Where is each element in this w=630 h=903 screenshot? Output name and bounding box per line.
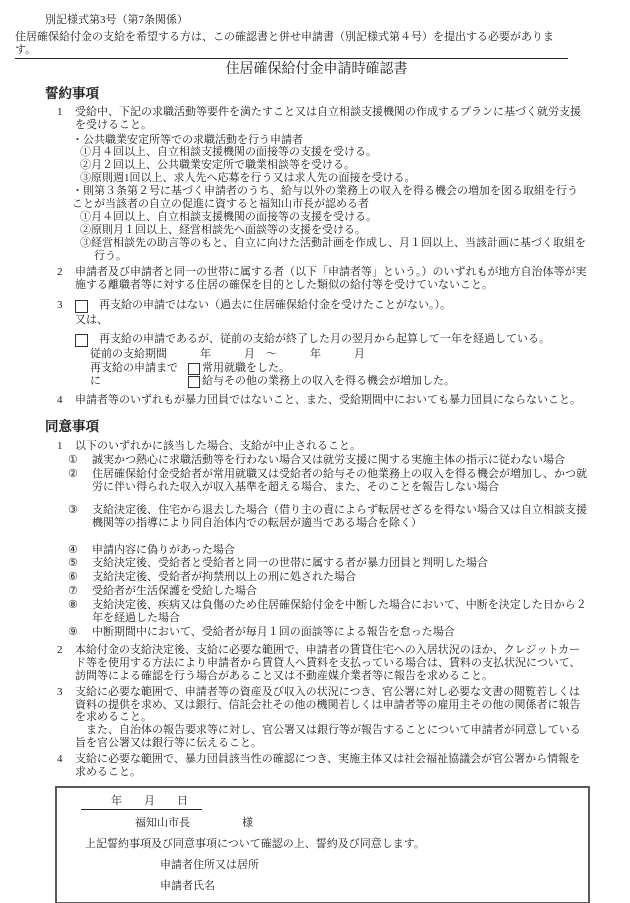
consent-subitem-9: ⑨ 中断期間中において、受給者が毎月１回の面談等による報告を怠った場合 xyxy=(45,626,588,639)
pledge-step: ②月２回以上、公共職業安定所で職業相談等を受ける。 xyxy=(80,159,588,172)
checkbox-reapplication[interactable] xyxy=(75,334,88,347)
consent-subitem-4: ④ 申請内容に偽りがあった場合 xyxy=(45,544,588,557)
circled-number: ④ xyxy=(68,544,92,557)
item-number: 1 xyxy=(57,440,75,453)
employment-check-row: 常用就職をした。 xyxy=(188,362,455,375)
consent-subitem-7: ⑦ 受給者が生活保護を受給した場合 xyxy=(45,585,588,598)
pledge-group-1-steps: ①月４回以上、自立相談支援機関の面接等の支援を受ける。 ②月２回以上、公共職業安… xyxy=(80,146,588,185)
consent-subitem-1: ① 誠実かつ熱心に求職活動等を行わない場合又は就労支援に関する実施主体の指示に従… xyxy=(45,454,588,467)
item-number: 3 xyxy=(57,686,75,751)
consent-item-3-text: 支給に必要な範囲で、申請者等の資産及び収入の状況につき、官公署に対し必要な文書の… xyxy=(75,686,588,725)
consent-subitem-text: 受給者が生活保護を受給した場合 xyxy=(92,585,588,598)
pledge-step: ②原則月１回以上、経営相談先へ面談等の支援を受ける。 xyxy=(80,224,588,237)
consent-item-4: 4 支給に必要な範囲で、暴力団員該当性の確認につき、実施主体又は社会福祉協議会が… xyxy=(45,753,588,779)
consent-item-4-text: 支給に必要な範囲で、暴力団員該当性の確認につき、実施主体又は社会福祉協議会が官公… xyxy=(75,753,588,779)
pledge-step: ①月４回以上、自立相談支援機関の面接等の支援を受ける。 xyxy=(80,211,588,224)
income-check-row: 給与その他の業務上の収入を得る機会が増加した。 xyxy=(188,375,455,388)
pledge-item-1-text: 受給中、下記の求職活動等要件を満たすこと又は自立相談支援機関の作成するプランに基… xyxy=(75,106,588,132)
consent-item-1-text: 以下のいずれかに該当した場合、支給が中止されること。 xyxy=(75,440,588,453)
consent-subitem-text: 住居確保給付金受給者が常用就職又は受給者の給与その他業務上の収入を得る機会が増加… xyxy=(92,468,588,494)
pledge-section-heading: 誓約事項 xyxy=(45,86,588,101)
circled-number: ⑦ xyxy=(68,585,92,598)
regular-employment-label: 常用就職をした。 xyxy=(202,362,290,375)
document-title: 住居確保給付金申請時確認書 xyxy=(45,62,588,78)
consent-subitem-text: 支給決定後、疾病又は負傷のため住居確保給付金を中断した場合において、中断を決定し… xyxy=(92,599,588,625)
checkbox-income-increase[interactable] xyxy=(188,376,200,388)
pledge-item-4: 4 申請者等のいずれもが暴力団員ではないこと、また、受給期間中においても暴力団員… xyxy=(45,394,588,407)
circled-number: ⑧ xyxy=(68,599,92,625)
consent-subitem-text: 支給決定後、受給者と受給者と同一の世帯に属する者が暴力団員と判明した場合 xyxy=(92,557,588,570)
until-reapplication-row: 再支給の申請までに 常用就職をした。 給与その他の業務上の収入を得る機会が増加し… xyxy=(90,362,588,388)
honorific: 様 xyxy=(242,817,253,830)
consent-item-2: 2 本給付金の支給決定後、支給に必要な範囲で、申請者の賃貸住宅への入居状況のほか… xyxy=(45,644,588,683)
circled-number: ③ xyxy=(68,504,92,530)
consent-subitem-text: 誠実かつ熱心に求職活動等を行わない場合又は就労支援に関する実施主体の指示に従わな… xyxy=(92,454,588,467)
form-number: 別記様式第3号（第7条関係） xyxy=(45,14,588,27)
pledge-item-1-groups: ・公共職業安定所等での求職活動を行う申請者 ①月４回以上、自立相談支援機関の面接… xyxy=(72,134,588,263)
signature-box: 年 月 日 福知山市長 様 上記誓約事項及び同意事項について確認の上、誓約及び同… xyxy=(55,786,590,903)
pledge-step: ①月４回以上、自立相談支援機関の面接等の支援を受ける。 xyxy=(80,146,588,159)
submission-notice: 住居確保給付金の支給を希望する方は、この確認書と併せ申請書（別記様式第４号）を提… xyxy=(15,31,568,59)
consent-item-3: 3 支給に必要な範囲で、申請者等の資産及び収入の状況につき、官公署に対し必要な文… xyxy=(45,686,588,751)
not-reapplication-label: 再支給の申請ではない（過去に住居確保給付金を受けたことがない。）。 xyxy=(99,299,451,312)
circled-number: ⑨ xyxy=(68,626,92,639)
document-page: 別記様式第3号（第7条関係） 住居確保給付金の支給を希望する方は、この確認書と併… xyxy=(0,0,630,903)
consent-subitem-3: ③ 支給決定後、住宅から退去した場合（借り主の責によらず転居せざるを得ない場合又… xyxy=(45,504,588,530)
item-number: 2 xyxy=(57,266,75,292)
pledge-step: ③原則週1回以上、求人先へ応募を行う又は求人先の面接を受ける。 xyxy=(80,172,588,185)
checkbox-regular-employment[interactable] xyxy=(188,363,200,375)
date-field[interactable]: 年 月 日 xyxy=(81,795,202,810)
item-number: 4 xyxy=(57,753,75,779)
confirmation-statement: 上記誓約事項及び同意事項について確認の上、誓約及び同意します。 xyxy=(85,838,578,851)
pledge-item-3: 3 再支給の申請ではない（過去に住居確保給付金を受けたことがない。）。 又は、 … xyxy=(45,299,588,388)
pledge-item-1: 1 受給中、下記の求職活動等要件を満たすこと又は自立相談支援機関の作成するプラン… xyxy=(45,106,588,132)
circled-number: ② xyxy=(68,468,92,494)
consent-subitem-text: 中断期間中において、受給者が毎月１回の面談等による報告を怠った場合 xyxy=(92,626,588,639)
pledge-step: ③経営相談先の助言等のもと、自立に向けた活動計画を作成し、月１回以上、当該計画に… xyxy=(80,237,588,263)
item-number: 1 xyxy=(57,106,75,132)
circled-number: ⑥ xyxy=(68,571,92,584)
consent-subitem-6: ⑥ 支給決定後、受給者が拘禁刑以上の刑に処された場合 xyxy=(45,571,588,584)
pledge-group-2-steps: ①月４回以上、自立相談支援機関の面接等の支援を受ける。 ②原則月１回以上、経営相… xyxy=(80,211,588,263)
consent-item-1: 1 以下のいずれかに該当した場合、支給が中止されること。 xyxy=(45,440,588,453)
reapplication-label: 再支給の申請であるが、従前の支給が終了した月の翌月から起算して一年を経過している… xyxy=(99,333,550,346)
mayor-name-blank xyxy=(190,817,242,830)
consent-subitem-text: 支給決定後、住宅から退去した場合（借り主の責によらず転居せざるを得ない場合又は自… xyxy=(92,504,588,530)
or-label: 又は、 xyxy=(75,314,588,327)
consent-subitem-2: ② 住居確保給付金受給者が常用就職又は受給者の給与その他業務上の収入を得る機会が… xyxy=(45,468,588,494)
pledge-item-2: 2 申請者及び申請者と同一の世帯に属する者（以下「申請者等」という。）のいずれも… xyxy=(45,266,588,292)
consent-item-2-text: 本給付金の支給決定後、支給に必要な範囲で、申請者の賃貸住宅への入居状況のほか、ク… xyxy=(75,644,588,683)
income-increase-label: 給与その他の業務上の収入を得る機会が増加した。 xyxy=(202,375,455,388)
circled-number: ⑤ xyxy=(68,557,92,570)
pledge-item-2-text: 申請者及び申請者と同一の世帯に属する者（以下「申請者等」という。）のいずれもが地… xyxy=(75,266,588,292)
item-number: 2 xyxy=(57,644,75,683)
addressee-row: 福知山市長 様 xyxy=(135,817,578,830)
pledge-group-1-title: ・公共職業安定所等での求職活動を行う申請者 xyxy=(72,134,588,147)
until-reapplication-label: 再支給の申請までに xyxy=(90,362,188,388)
date-row: 年 月 日 xyxy=(81,795,578,810)
reapplication-row: 再支給の申請であるが、従前の支給が終了した月の翌月から起算して一年を経過している… xyxy=(75,333,588,347)
checkbox-not-reapplication[interactable] xyxy=(75,300,88,313)
item-number: 4 xyxy=(57,394,75,407)
applicant-name-label[interactable]: 申請者氏名 xyxy=(160,880,578,893)
consent-subitem-text: 支給決定後、受給者が拘禁刑以上の刑に処された場合 xyxy=(92,571,588,584)
not-reapplication-row: 再支給の申請ではない（過去に住居確保給付金を受けたことがない。）。 xyxy=(75,299,588,313)
consent-subitem-text: 申請内容に偽りがあった場合 xyxy=(92,544,588,557)
pledge-group-2-title: ・則第３条第２号に基づく申請者のうち、給与以外の業務上の収入を得る機会の増加を図… xyxy=(72,185,588,211)
circled-number: ① xyxy=(68,454,92,467)
consent-item-3-text2: また、自治体の報告要求等に対し、官公署又は銀行等が報告することについて申請者が同… xyxy=(75,724,588,750)
consent-subitem-5: ⑤ 支給決定後、受給者と受給者と同一の世帯に属する者が暴力団員と判明した場合 xyxy=(45,557,588,570)
consent-subitem-8: ⑧ 支給決定後、疾病又は負傷のため住居確保給付金を中断した場合において、中断を決… xyxy=(45,599,588,625)
item-number: 3 xyxy=(57,299,75,388)
applicant-address-label[interactable]: 申請者住所又は居所 xyxy=(160,859,578,872)
consent-section-heading: 同意事項 xyxy=(45,419,588,434)
previous-payment-period-line: 従前の支給期間 年 月 ～ 年 月 xyxy=(90,348,588,361)
pledge-item-4-text: 申請者等のいずれもが暴力団員ではないこと、また、受給期間中においても暴力団員にな… xyxy=(75,394,588,407)
addressee: 福知山市長 xyxy=(135,817,190,830)
